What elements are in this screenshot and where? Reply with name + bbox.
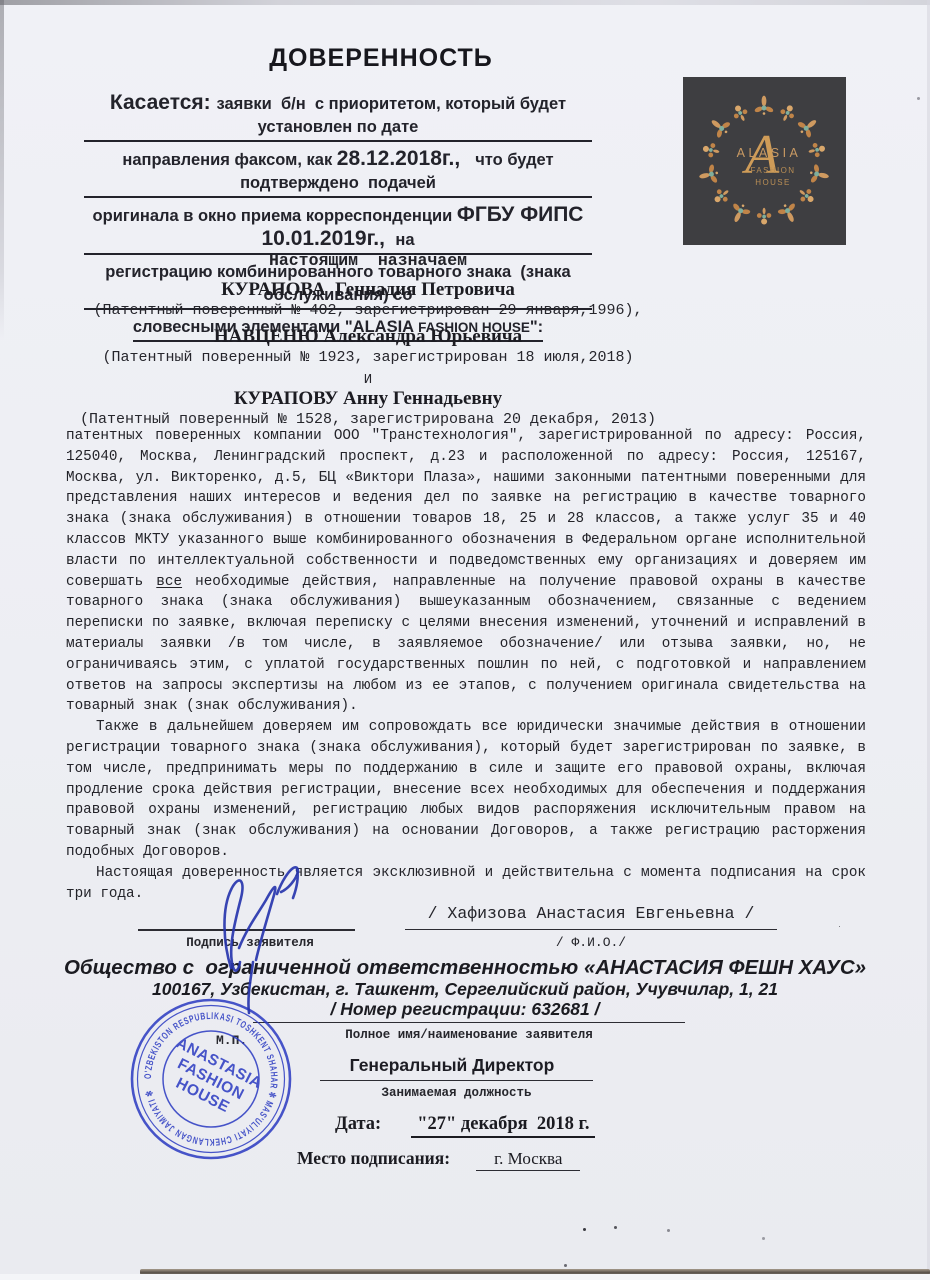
date-label: Дата: [335, 1114, 381, 1135]
company-round-stamp: O'ZBEKISTON RESPUBLIKASI TOSHKENT SHAHAR… [128, 996, 294, 1162]
logo-fashion-text: FASHION [751, 166, 796, 175]
logo-brand-text: ALASIA [737, 146, 802, 160]
attorney-registration: (Патентный поверенный № 402, зарегистрир… [68, 301, 668, 321]
place-value: г. Москва [476, 1149, 580, 1171]
scan-bed-strip [0, 1274, 930, 1280]
conjunction-and: И [68, 373, 668, 388]
company-name-line [253, 1022, 685, 1023]
scanned-power-of-attorney-page: ДОВЕРЕННОСТЬ Касается: заявки б/н с прио… [0, 0, 930, 1280]
scan-edge-left [0, 0, 4, 340]
attorney-name: НАВЦЕНЮ Александра Юрьевича [68, 326, 668, 348]
appointment-heading: Настоящим назначаем [68, 251, 668, 270]
position-label: Занимаемая должность [320, 1086, 593, 1100]
body-paragraph-2: Также в дальнейшем доверяем им сопровожд… [66, 717, 866, 863]
attorney-name: КУРАПОВУ Анну Геннадьевну [68, 388, 668, 410]
subject-line: оригинала в окно приема корреспонденции … [84, 204, 592, 255]
body-paragraph-3: Настоящая доверенность является эксклюзи… [66, 863, 866, 905]
alasia-brand-logo: A ALASIA FASHION HOUSE [683, 77, 846, 245]
scan-edge-top [0, 0, 930, 5]
handwritten-signature [193, 850, 343, 1015]
date-value: "27" декабря 2018 г. [411, 1114, 595, 1138]
body-paragraph-1: патентных поверенных компании ООО "Транс… [66, 426, 866, 717]
fio-label: / Ф.И.О./ [405, 935, 777, 950]
underlined-word: все [156, 574, 182, 590]
company-name-label: Полное имя/наименование заявителя [253, 1028, 685, 1042]
scan-specks [583, 1228, 586, 1231]
subject-line: направления факсом, как 28.12.2018г., чт… [84, 148, 592, 198]
position-title: Генеральный Директор [236, 1055, 668, 1076]
attorney-registration: (Патентный поверенный № 1923, зарегистри… [68, 348, 668, 368]
alasia-logo-graphic: A ALASIA FASHION HOUSE [683, 77, 846, 245]
position-line [320, 1080, 593, 1081]
signatory-full-name: / Хафизова Анастасия Евгеньевна / [405, 904, 777, 923]
document-title: ДОВЕРЕННОСТЬ [88, 44, 674, 73]
body-text: патентных поверенных компании ООО "Транс… [66, 426, 866, 904]
subject-line: Касается: заявки б/н с приоритетом, кото… [84, 92, 592, 142]
date-row: Дата: "27" декабря 2018 г. [335, 1114, 595, 1138]
logo-house-text: HOUSE [755, 178, 790, 187]
place-label: Место подписания: [297, 1148, 450, 1169]
full-name-line [405, 929, 777, 930]
attorney-name: КУРАПОВА Геннадия Петровича [68, 279, 668, 301]
place-row: Место подписания: г. Москва [297, 1148, 580, 1171]
appointment-section: Настоящим назначаем КУРАПОВА Геннадия Пе… [68, 251, 668, 435]
company-name: Общество с ограниченной ответственностью… [10, 956, 920, 979]
